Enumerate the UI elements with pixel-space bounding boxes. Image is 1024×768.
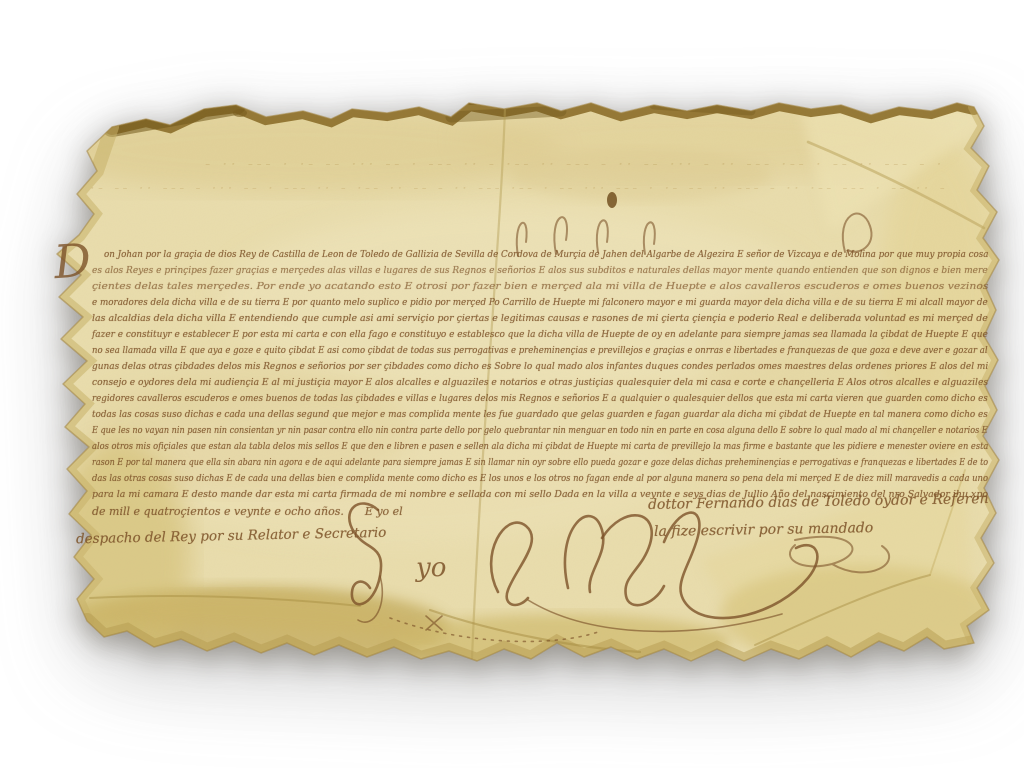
manuscript-line: das las otras cosas suso dichas E de cad… <box>92 473 988 487</box>
manuscript-line: çientes delas tales merçedes. Por ende y… <box>92 281 988 295</box>
photo-background: - ·· --- · ·- -- ··· -- · --- ·· - ·-- ·… <box>0 0 1024 768</box>
manuscript-line: fazer e constituyr e establecer E por es… <box>92 329 988 343</box>
manuscript-line: las alcaldias dela dicha villa E entendi… <box>92 313 988 327</box>
royal-signature-rubric: yo <box>330 492 870 662</box>
manuscript-text-layer: - ·· --- · ·- -- ··· -- · --- ·· - ·-- ·… <box>0 0 1024 768</box>
manuscript-line: no sea llamada villa E que aya e goze e … <box>92 345 988 359</box>
faded-text-line: - ·· --- · ·- -- ··· -- · --- ·· - ·-- ·… <box>205 160 945 170</box>
manuscript-line: gunas delas otras çibdades delos mis Reg… <box>92 361 988 375</box>
manuscript-line: todas las cosas suso dichas e cada una d… <box>92 409 988 423</box>
manuscript-line: E que les no vayan nin pasen nin consien… <box>92 425 988 439</box>
signature-word-yo: yo <box>415 553 446 583</box>
manuscript-line: alos otros mis ofiçiales que estan ala t… <box>92 441 988 455</box>
manuscript-line: consejo e oydores dela mi audiençia E al… <box>92 377 988 391</box>
manuscript-line: e moradores dela dicha villa e de su tie… <box>92 297 988 311</box>
illuminated-initial: D <box>52 233 93 289</box>
faded-text-line: ·- -- ·· --- - ··· -- · --- ·· - ·-- ·· … <box>90 184 948 194</box>
manuscript-line: regidores cavalleros escuderos e omes bu… <box>92 393 988 407</box>
manuscript-line: on Johan por la graçia de dios Rey de Ca… <box>104 249 988 263</box>
manuscript-line: es alos Reyes e prinçipes fazer graçias … <box>92 265 988 279</box>
manuscript-line: rason E por tal manera que ella sin abar… <box>92 457 988 471</box>
royal-signature: yo Yo el Rey <box>330 492 870 662</box>
